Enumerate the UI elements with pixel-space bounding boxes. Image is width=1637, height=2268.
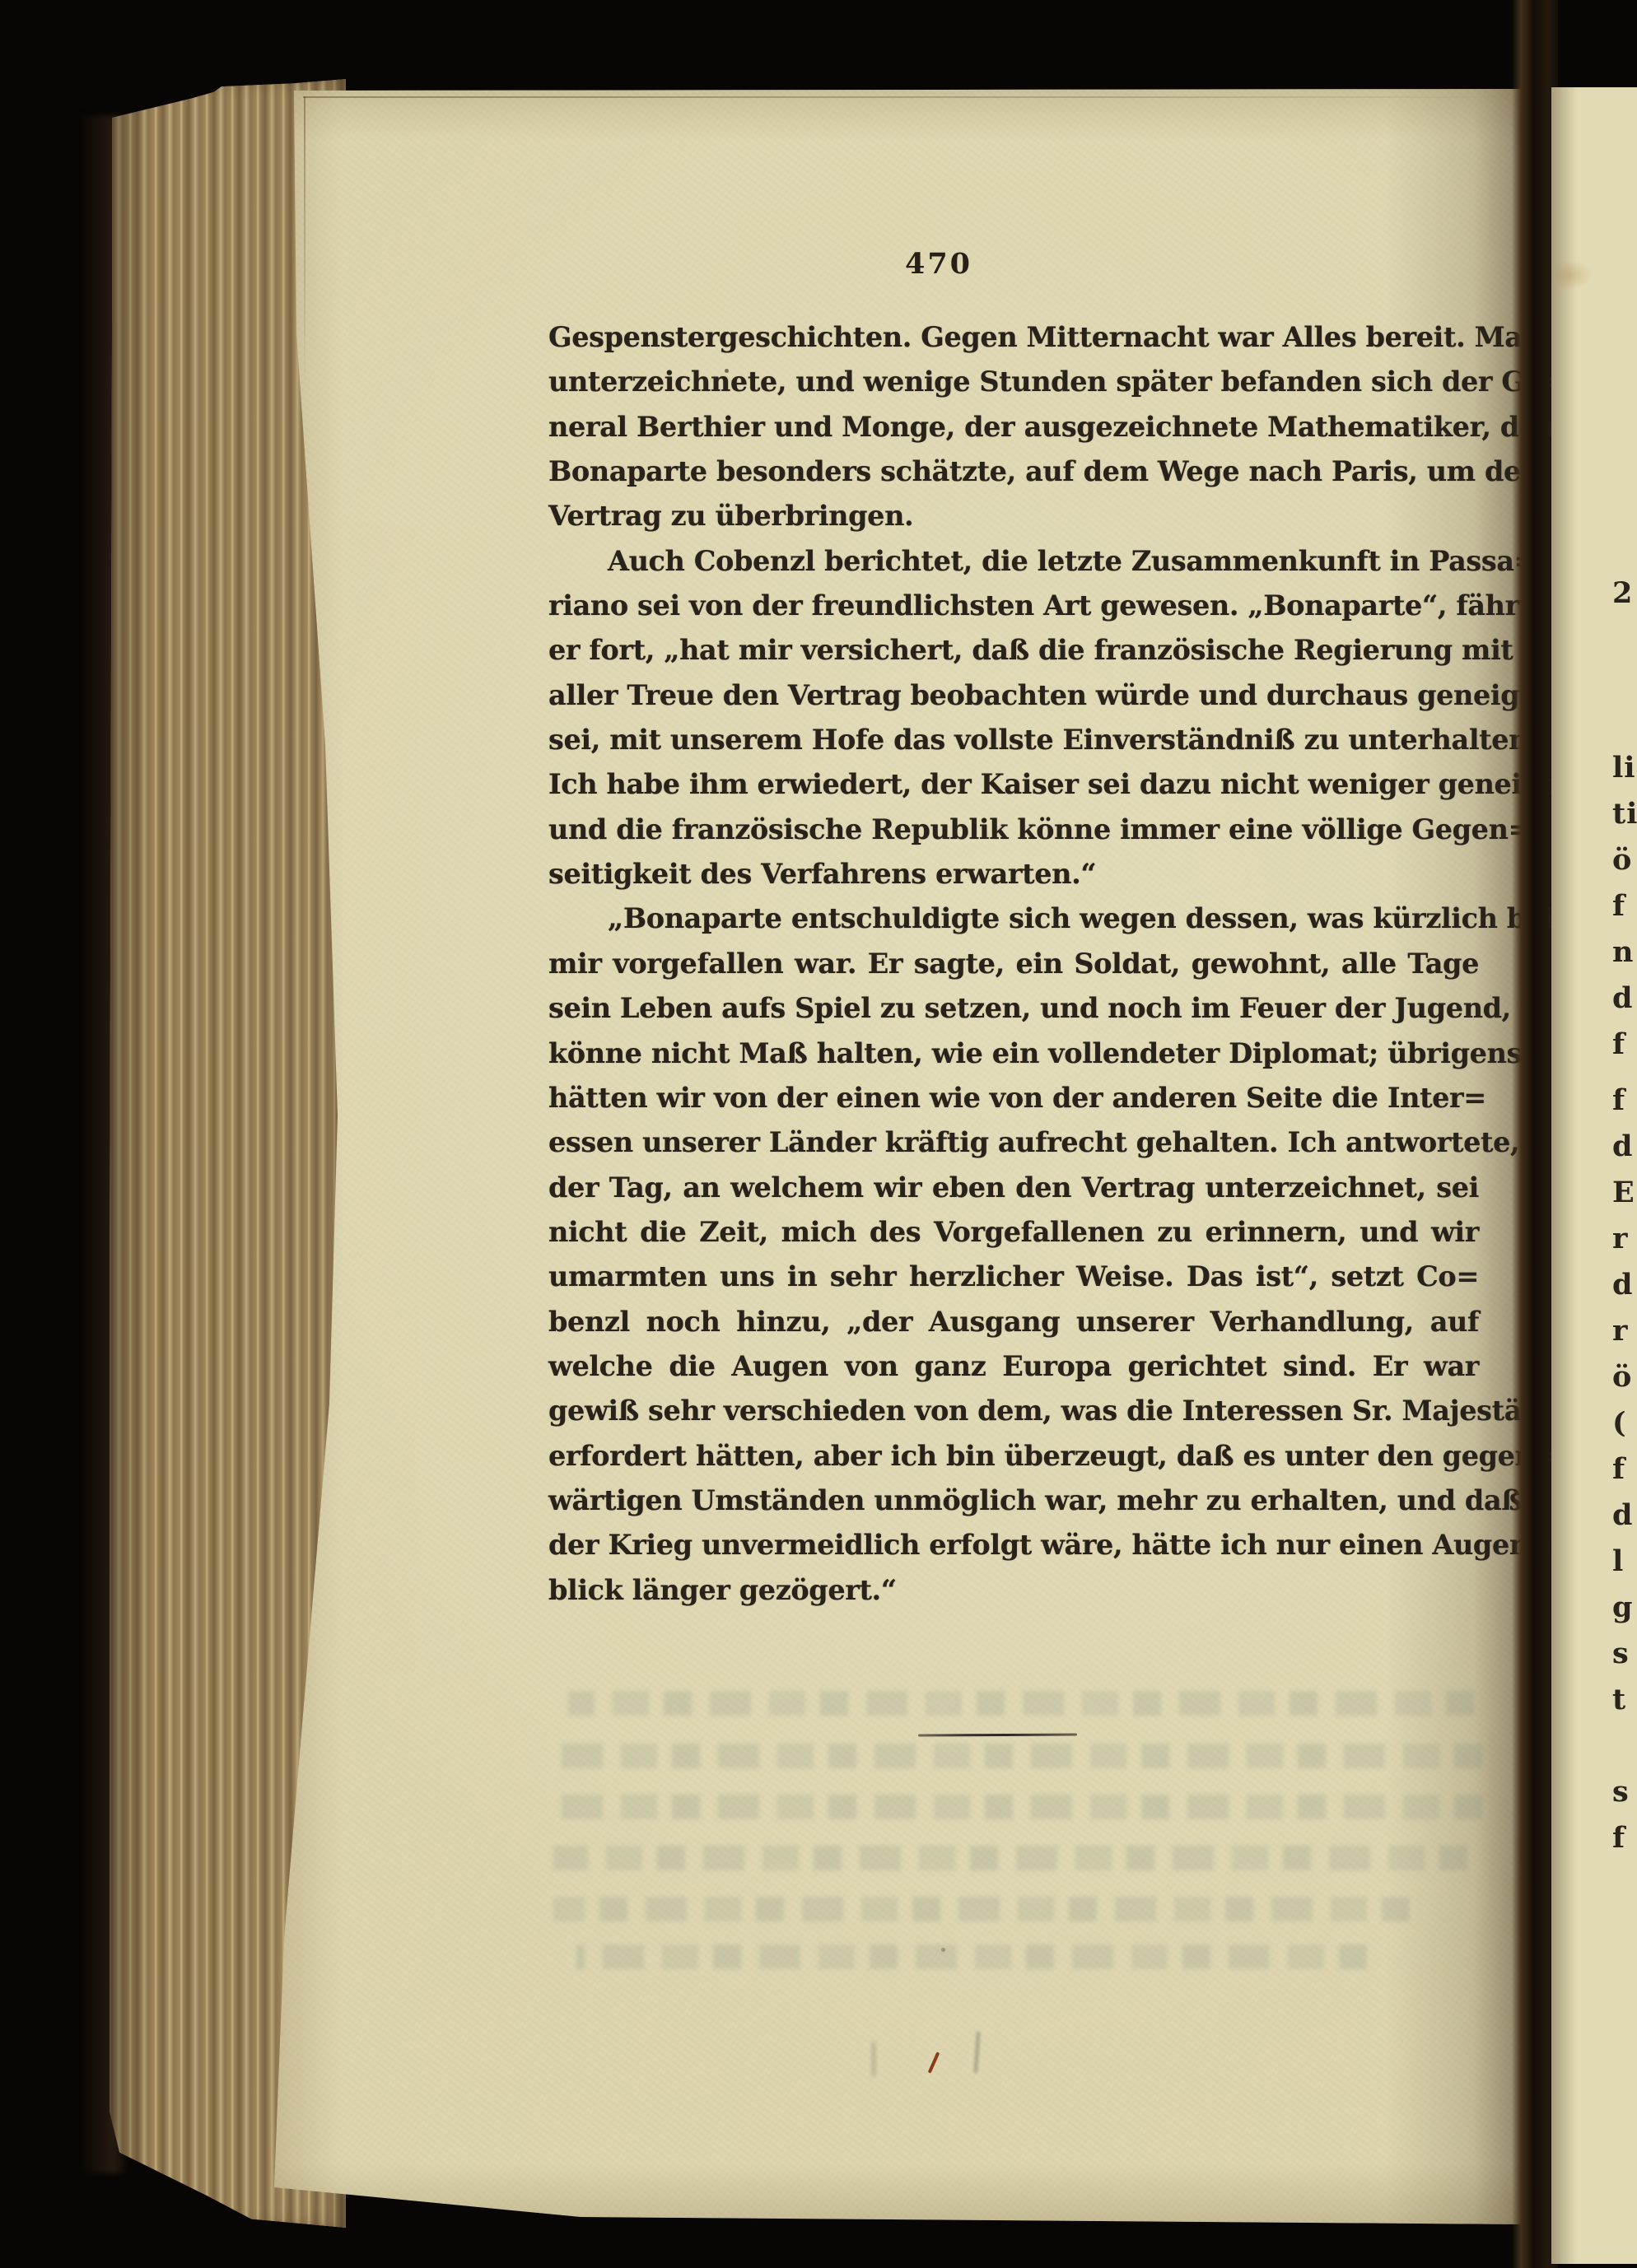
book-scan-photo: { "document": { "page_number": "470", "b…	[0, 0, 1637, 2268]
text-line: seitigkeit des Verfahrens erwarten.“	[548, 852, 1479, 896]
text-line: blick länger gezögert.“	[548, 1568, 1479, 1613]
text-line: essen unserer Länder kräftig aufrecht ge…	[548, 1120, 1479, 1165]
ghost-line	[553, 1795, 1482, 1819]
page-number: 470	[893, 247, 984, 281]
text-line: erfordert hätten, aber ich bin überzeugt…	[548, 1434, 1479, 1479]
ghost-line	[576, 1944, 1367, 1969]
faint-smudge	[871, 2042, 876, 2076]
paper-speck	[725, 369, 729, 373]
text-line: und die französische Republik könne imme…	[548, 808, 1479, 852]
under-page-edge-vertical	[304, 96, 305, 393]
facing-page-sliver	[1551, 87, 1637, 2264]
text-line: riano sei von der freundlichsten Art gew…	[548, 584, 1479, 628]
text-line: nicht die Zeit, mich des Vorgefallenen z…	[548, 1210, 1479, 1255]
text-line: benzl noch hinzu, „der Ausgang unserer V…	[548, 1300, 1479, 1344]
text-line: Ich habe ihm erwiedert, der Kaiser sei d…	[548, 762, 1479, 807]
text-line: hätten wir von der einen wie von der and…	[548, 1076, 1479, 1120]
text-line: mir vorgefallen war. Er sagte, ein Solda…	[548, 942, 1479, 986]
text-line: welche die Augen von ganz Europa gericht…	[548, 1344, 1479, 1389]
text-line: „Bonaparte entschuldigte sich wegen dess…	[548, 896, 1479, 941]
text-line: der Tag, an welchem wir eben den Vertrag…	[548, 1166, 1479, 1210]
text-line: wärtigen Umständen unmöglich war, mehr z…	[548, 1479, 1479, 1523]
text-line: Gespenstergeschichten. Gegen Mitternacht…	[548, 315, 1479, 360]
ghost-line	[553, 1744, 1482, 1768]
text-line: Auch Cobenzl berichtet, die letzte Zusam…	[548, 539, 1479, 584]
text-line: gewiß sehr verschieden von dem, was die …	[548, 1389, 1479, 1433]
text-line: Bonaparte besonders schätzte, auf dem We…	[548, 449, 1479, 494]
text-line: unterzeichnete, und wenige Stunden späte…	[548, 360, 1479, 404]
paper-speck	[941, 1948, 945, 1952]
text-line: sein Leben aufs Spiel zu setzen, und noc…	[548, 986, 1479, 1031]
under-page-edge-horizontal	[303, 96, 1513, 98]
text-line: sei, mit unserem Hofe das vollste Einver…	[548, 718, 1479, 762]
ghost-line	[553, 1897, 1410, 1921]
body-text-block: Gespenstergeschichten. Gegen Mitternacht…	[548, 315, 1479, 1613]
text-line: aller Treue den Vertrag beobachten würde…	[548, 673, 1479, 718]
text-line: neral Berthier und Monge, der ausgezeich…	[548, 405, 1479, 449]
text-line: der Krieg unvermeidlich erfolgt wäre, hä…	[548, 1523, 1479, 1567]
text-line: er fort, „hat mir versichert, daß die fr…	[548, 628, 1479, 673]
ghost-line	[568, 1691, 1474, 1716]
text-line: könne nicht Maß halten, wie ein vollende…	[548, 1032, 1479, 1076]
text-line: umarmten uns in sehr herzlicher Weise. D…	[548, 1255, 1479, 1299]
text-line: Vertrag zu überbringen.	[548, 494, 1479, 538]
ghost-line	[553, 1846, 1467, 1870]
